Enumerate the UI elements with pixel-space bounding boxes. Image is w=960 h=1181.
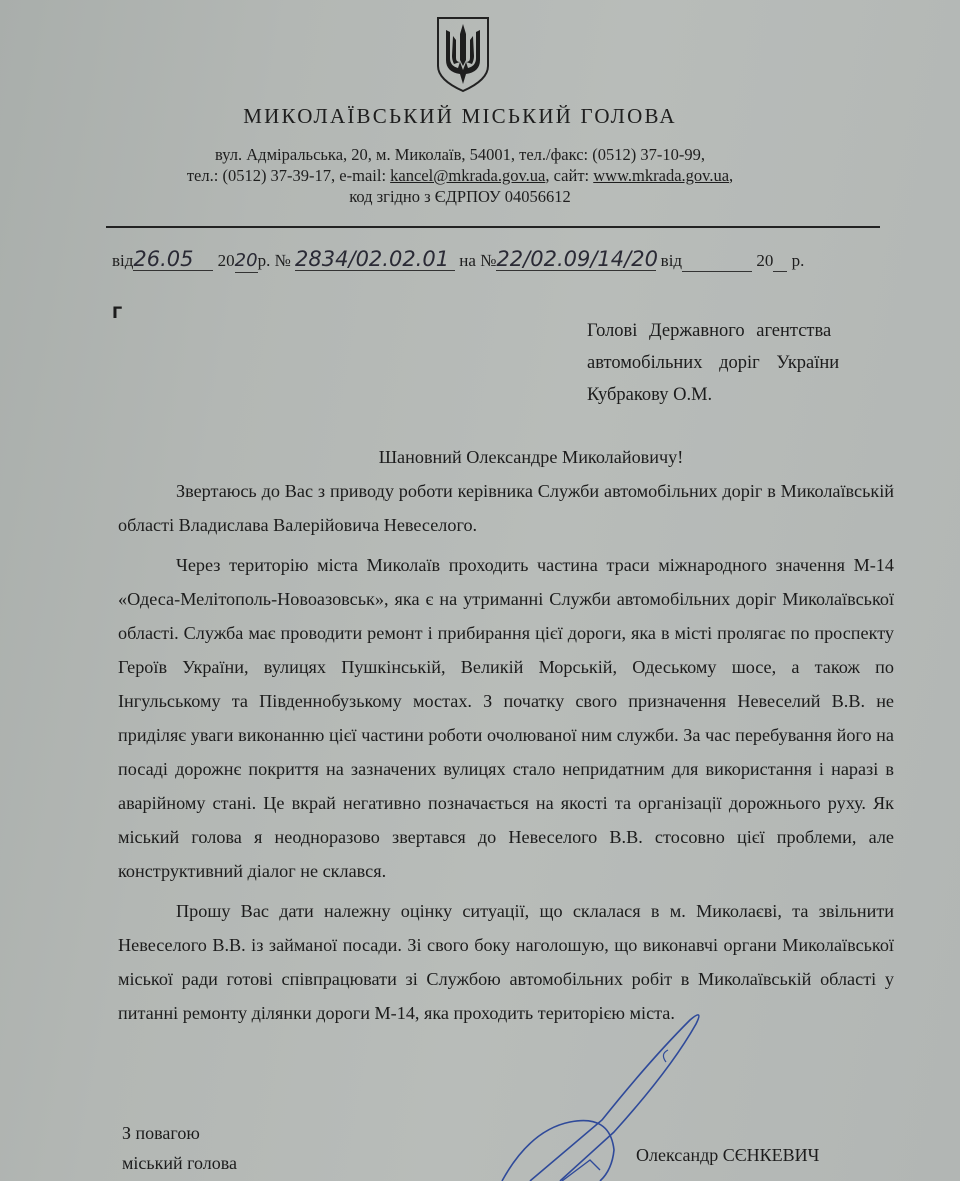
addressee-line: автомобільних доріг України	[587, 347, 839, 379]
letter-body: Шановний Олександре Миколайовичу! Зверта…	[118, 440, 894, 1030]
addressee-block: Голові Державного агентства автомобільни…	[587, 315, 839, 411]
reply-label: на №	[459, 251, 496, 270]
contact-address-line: вул. Адміральська, 20, м. Миколаїв, 5400…	[0, 145, 920, 165]
reply-year-prefix: 20	[756, 251, 773, 270]
handwritten-year: 20	[235, 250, 258, 273]
addressee-line: Голові Державного агентства	[587, 315, 839, 347]
punctuation: ,	[729, 166, 733, 185]
handwritten-outgoing-number: 2834/02.02.01	[295, 248, 455, 271]
corner-mark: Г	[112, 303, 122, 322]
year-prefix: 20	[218, 251, 235, 270]
from-label: від	[112, 251, 133, 270]
email-link[interactable]: kancel@mkrada.gov.ua	[390, 166, 545, 185]
organization-title: МИКОЛАЇВСЬКИЙ МІСЬКИЙ ГОЛОВА	[0, 104, 920, 129]
number-label: №	[275, 251, 291, 270]
phone-label: тел.: (0512) 37-39-17, e-mail:	[187, 166, 390, 185]
signer-title: міський голова	[122, 1148, 237, 1178]
closing-regards: З повагою	[122, 1118, 237, 1148]
handwritten-signature-icon	[490, 1010, 740, 1181]
reply-from-label: від	[661, 251, 682, 270]
blank-year-field	[773, 251, 787, 272]
contact-edrpou-line: код згідно з ЄДРПОУ 04056612	[0, 187, 920, 207]
closing-block: З повагою міський голова	[122, 1118, 237, 1178]
addressee-name: Кубракову О.М.	[587, 379, 839, 411]
site-label: , сайт:	[545, 166, 593, 185]
greeting: Шановний Олександре Миколайовичу!	[118, 440, 894, 474]
year-suffix: р.	[258, 251, 271, 270]
paragraph: Звертаюсь до Вас з приводу роботи керівн…	[118, 474, 894, 542]
handwritten-date: 26.05	[133, 248, 213, 271]
reference-line: від26.05 2020р. № 2834/02.02.01 на №22/0…	[112, 248, 892, 284]
paragraph: Через територію міста Миколаїв проходить…	[118, 548, 894, 888]
website-link[interactable]: www.mkrada.gov.ua	[593, 166, 729, 185]
letterhead-divider	[106, 226, 880, 228]
blank-date-field	[682, 251, 752, 272]
handwritten-incoming-number: 22/02.09/14/20	[496, 248, 656, 271]
contact-phone-email-line: тел.: (0512) 37-39-17, e-mail: kancel@mk…	[0, 166, 920, 186]
trident-emblem-icon	[432, 14, 494, 94]
reply-year-suffix: р.	[792, 251, 805, 270]
